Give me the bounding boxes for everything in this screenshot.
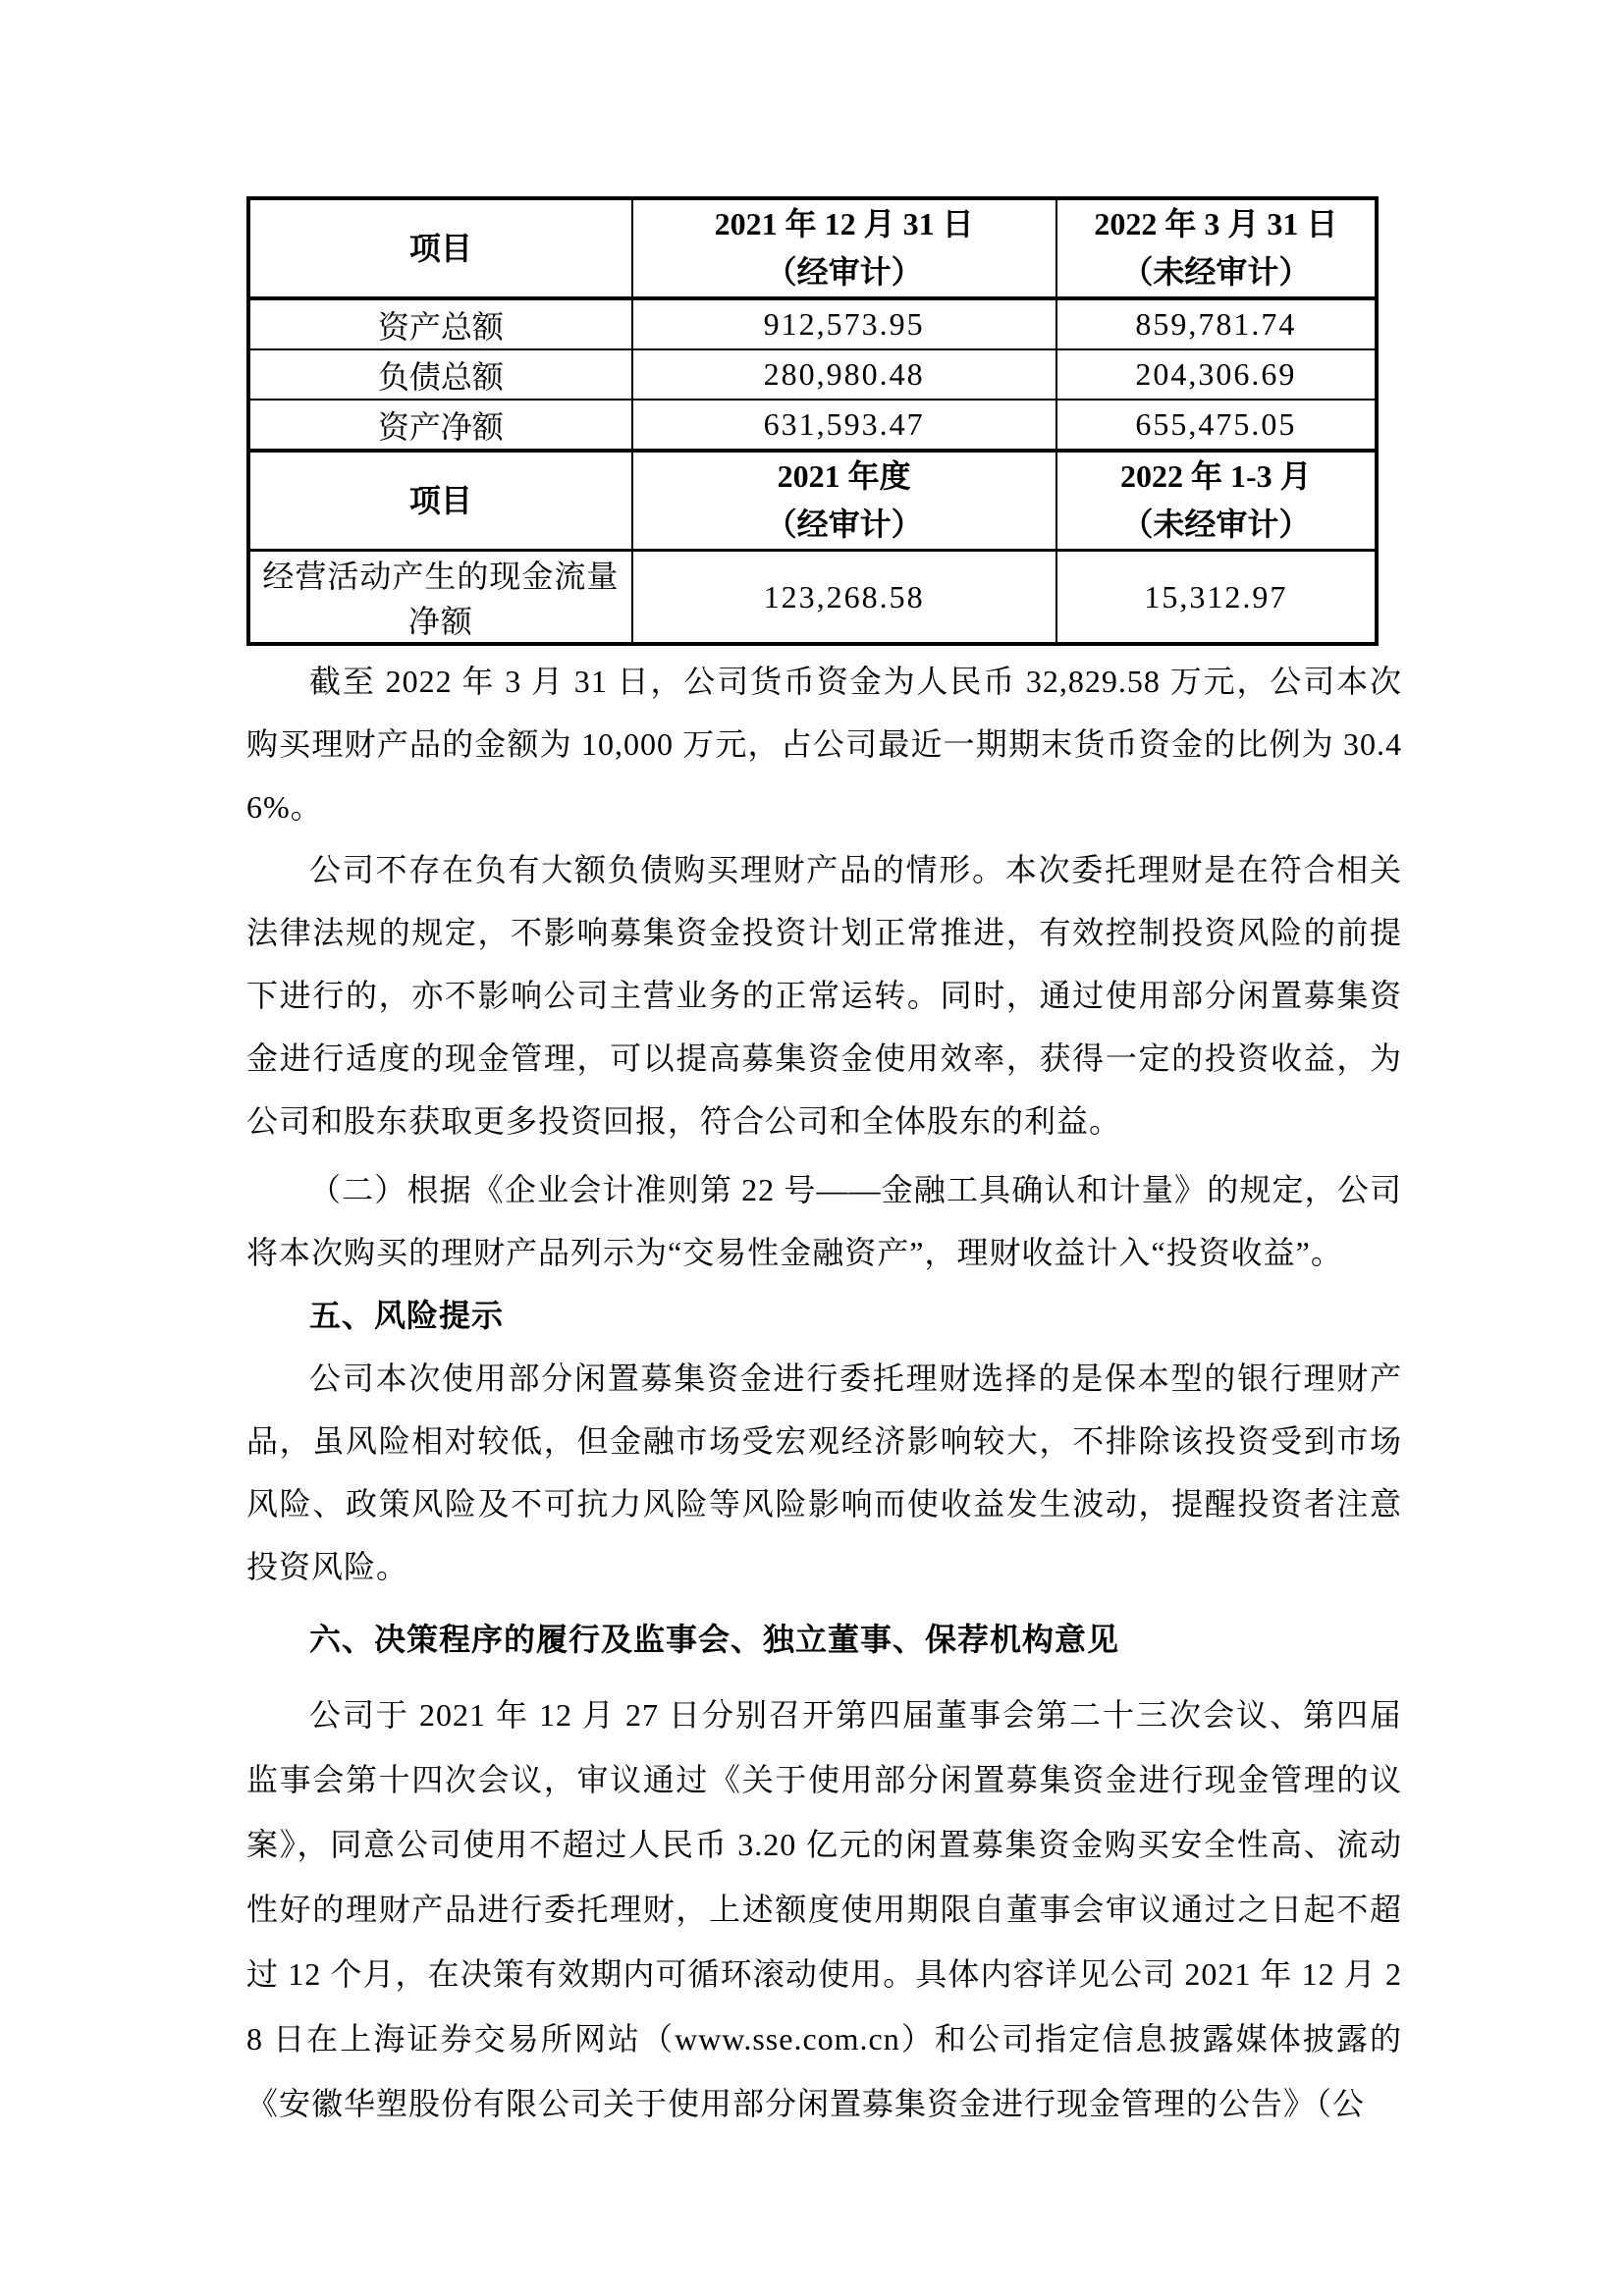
row-label: 负债总额 — [248, 349, 632, 400]
paragraph-decision-procedure: 公司于 2021 年 12 月 27 日分别召开第四届董事会第二十三次会议、第四… — [246, 1682, 1402, 2136]
financial-summary-table: 项目 2021 年 12 月 31 日 （经审计） 2022 年 3 月 31 … — [246, 196, 1379, 646]
header-audit-note: （经审计） — [633, 501, 1056, 549]
header-date-line: 2022 年 3 月 31 日 — [1057, 200, 1375, 248]
value-cell: 280,980.48 — [632, 349, 1056, 400]
value-cell: 631,593.47 — [632, 400, 1056, 451]
value-cell: 204,306.69 — [1056, 349, 1377, 400]
paragraph-accounting-treatment: （二）根据《企业会计准则第 22 号——金融工具确认和计量》的规定，公司将本次购… — [246, 1158, 1402, 1284]
header-cell-item: 项目 — [248, 451, 632, 551]
value-cell: 859,781.74 — [1056, 298, 1377, 349]
header-date-line: 2021 年度 — [633, 453, 1056, 501]
header-date-line: 2021 年 12 月 31 日 — [633, 200, 1056, 248]
header-cell-item: 项目 — [248, 198, 632, 298]
table-row-operating-cashflow: 经营活动产生的现金流量净额 123,268.58 15,312.97 — [248, 551, 1377, 645]
row-label: 资产总额 — [248, 298, 632, 349]
row-label: 资产净额 — [248, 400, 632, 451]
paragraph-no-debt: 公司不存在负有大额负债购买理财产品的情形。本次委托理财是在符合相关法律法规的规定… — [246, 838, 1402, 1152]
header-cell-2021-date: 2021 年 12 月 31 日 （经审计） — [632, 198, 1056, 298]
value-cell: 655,475.05 — [1056, 400, 1377, 451]
table-row-total-assets: 资产总额 912,573.95 859,781.74 — [248, 298, 1377, 349]
section-heading-risk: 五、风险提示 — [246, 1284, 1402, 1347]
section-heading-procedure: 六、决策程序的履行及监事会、独立董事、保荐机构意见 — [246, 1608, 1402, 1671]
page-content: 项目 2021 年 12 月 31 日 （经审计） 2022 年 3 月 31 … — [246, 196, 1402, 2136]
header-date-line: 2022 年 1-3 月 — [1057, 453, 1375, 501]
header-cell-2021-year: 2021 年度 （经审计） — [632, 451, 1056, 551]
header-audit-note: （未经审计） — [1057, 501, 1375, 549]
row-label: 经营活动产生的现金流量净额 — [248, 551, 632, 645]
value-cell: 912,573.95 — [632, 298, 1056, 349]
header-audit-note: （经审计） — [633, 248, 1056, 296]
paragraph-cash-ratio: 截至 2022 年 3 月 31 日，公司货币资金为人民币 32,829.58 … — [246, 650, 1402, 838]
header-cell-2022-date: 2022 年 3 月 31 日 （未经审计） — [1056, 198, 1377, 298]
paragraph-risk-warning: 公司本次使用部分闲置募集资金进行委托理财选择的是保本型的银行理财产品，虽风险相对… — [246, 1347, 1402, 1598]
header-item-label: 项目 — [250, 477, 631, 525]
value-cell: 15,312.97 — [1056, 551, 1377, 645]
table-row-net-assets: 资产净额 631,593.47 655,475.05 — [248, 400, 1377, 451]
document-page: 项目 2021 年 12 月 31 日 （经审计） 2022 年 3 月 31 … — [0, 0, 1624, 2296]
header-cell-2022-q1: 2022 年 1-3 月 （未经审计） — [1056, 451, 1377, 551]
value-cell: 123,268.58 — [632, 551, 1056, 645]
table-row-total-liabilities: 负债总额 280,980.48 204,306.69 — [248, 349, 1377, 400]
table-header-row-period: 项目 2021 年度 （经审计） 2022 年 1-3 月 （未经审计） — [248, 451, 1377, 551]
header-item-label: 项目 — [250, 225, 631, 273]
table-header-row-balance: 项目 2021 年 12 月 31 日 （经审计） 2022 年 3 月 31 … — [248, 198, 1377, 298]
header-audit-note: （未经审计） — [1057, 248, 1375, 296]
